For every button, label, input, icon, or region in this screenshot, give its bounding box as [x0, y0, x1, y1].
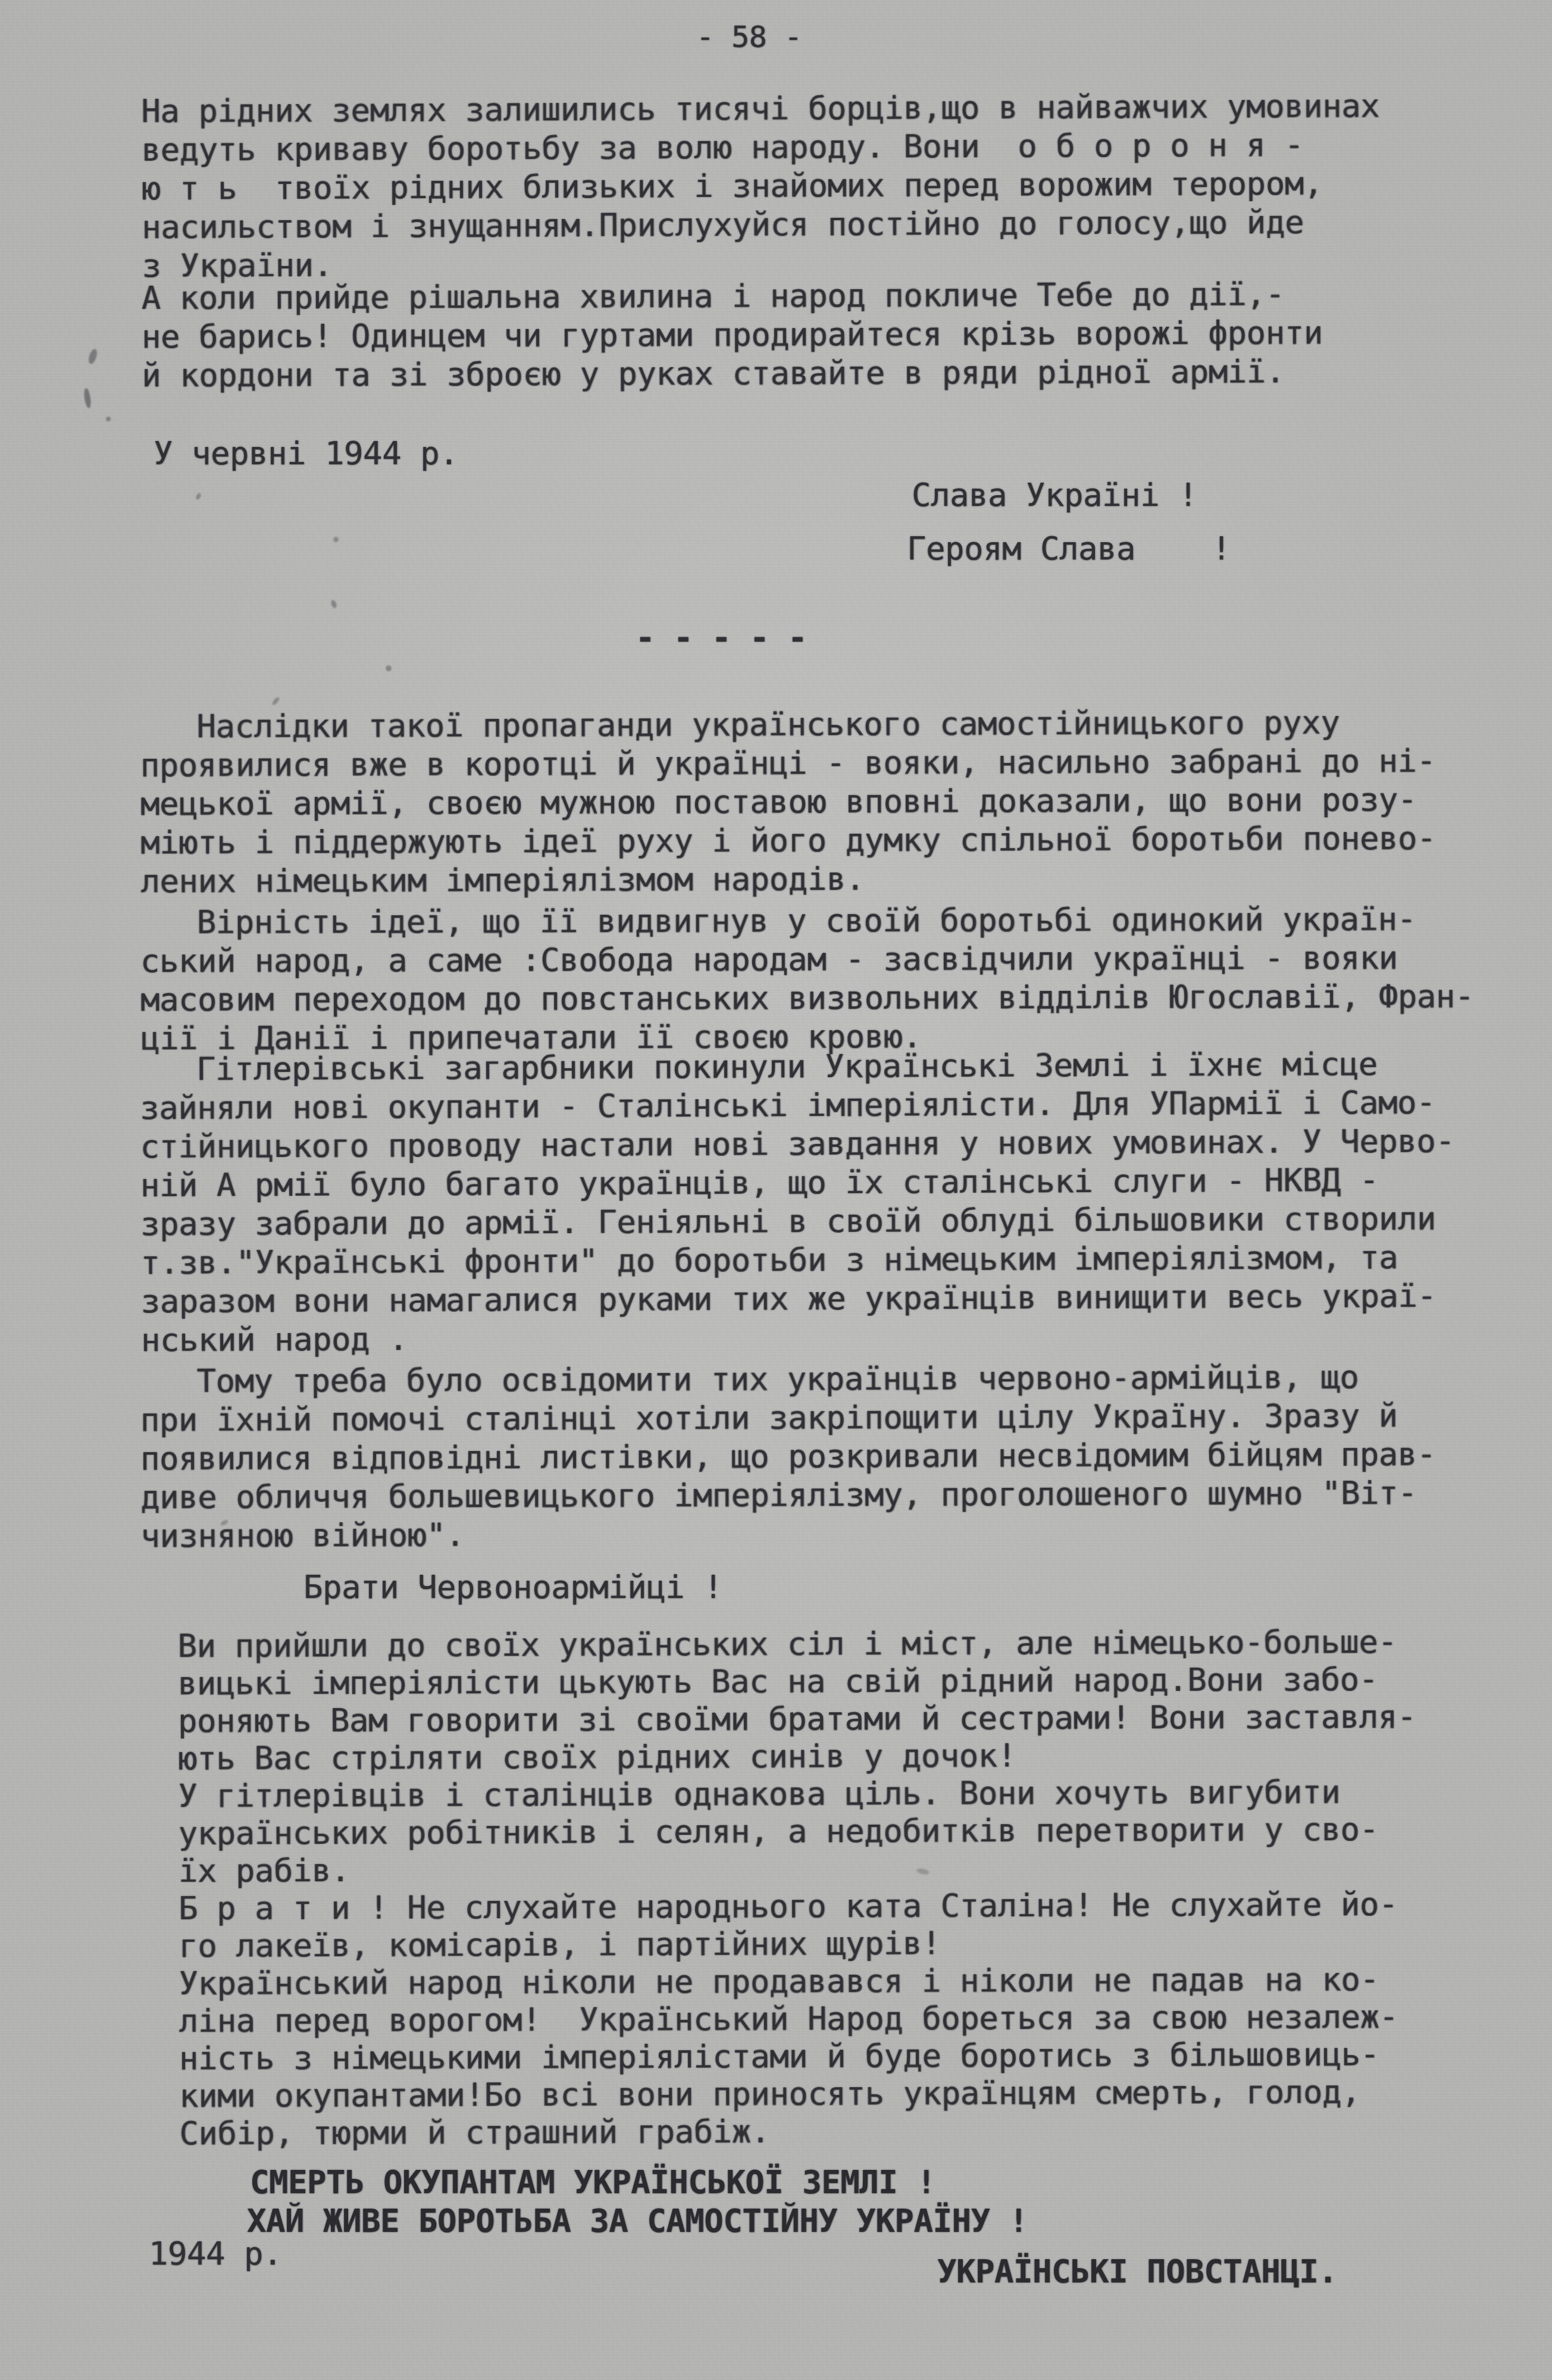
appeal-heading: Брати Червоноармійці ! [303, 1568, 722, 1606]
body-paragraph-4: Тому треба було освідомити тих українців… [140, 1357, 1527, 1555]
body-paragraph-2: Вірність ідеї, що її видвигнув у своїй б… [140, 899, 1528, 1058]
ink-speck [271, 696, 281, 706]
section-separator: - - - - - [636, 618, 807, 657]
ink-speck [195, 492, 202, 501]
intro-paragraph-1: На рідних землях залишились тисячі борці… [141, 86, 1528, 285]
signature-line: УКРАЇНСЬКІ ПОВСТАНЦІ. [937, 2252, 1337, 2291]
page-number: - 58 - [696, 18, 802, 57]
ink-speck [386, 665, 392, 671]
ink-speck [106, 417, 111, 421]
ink-speck [333, 537, 339, 542]
ink-speck [83, 387, 92, 408]
slogan-line-1: СМЕРТЬ ОКУПАНТАМ УКРАЇНСЬКОЇ ЗЕМЛІ ! [250, 2163, 935, 2201]
ink-speck [330, 599, 337, 609]
body-paragraph-3: Гітлерівські загарбники покинули Українс… [140, 1044, 1528, 1359]
year-line: 1944 р. [149, 2234, 282, 2273]
appeal-text: Ви прийшли до своїх українських сіл і мі… [177, 1622, 1518, 2152]
date-line: У червні 1944 р. [154, 434, 458, 473]
intro-paragraph-2: А коли прийде рішальна хвилина і народ п… [142, 274, 1529, 395]
body-paragraph-1: Наслідки такої пропаганди українського с… [140, 702, 1527, 900]
scanned-document-page: - 58 - На рідних землях залишились тисяч… [0, 0, 1552, 2380]
salute-line-1: Слава Україні ! [912, 476, 1197, 514]
slogan-line-2: ХАЙ ЖИВЕ БОРОТЬБА ЗА САМОСТІЙНУ УКРАЇНУ … [247, 2201, 1028, 2240]
ink-speck [87, 348, 98, 365]
salute-line-2: Героям Слава ! [907, 529, 1231, 568]
